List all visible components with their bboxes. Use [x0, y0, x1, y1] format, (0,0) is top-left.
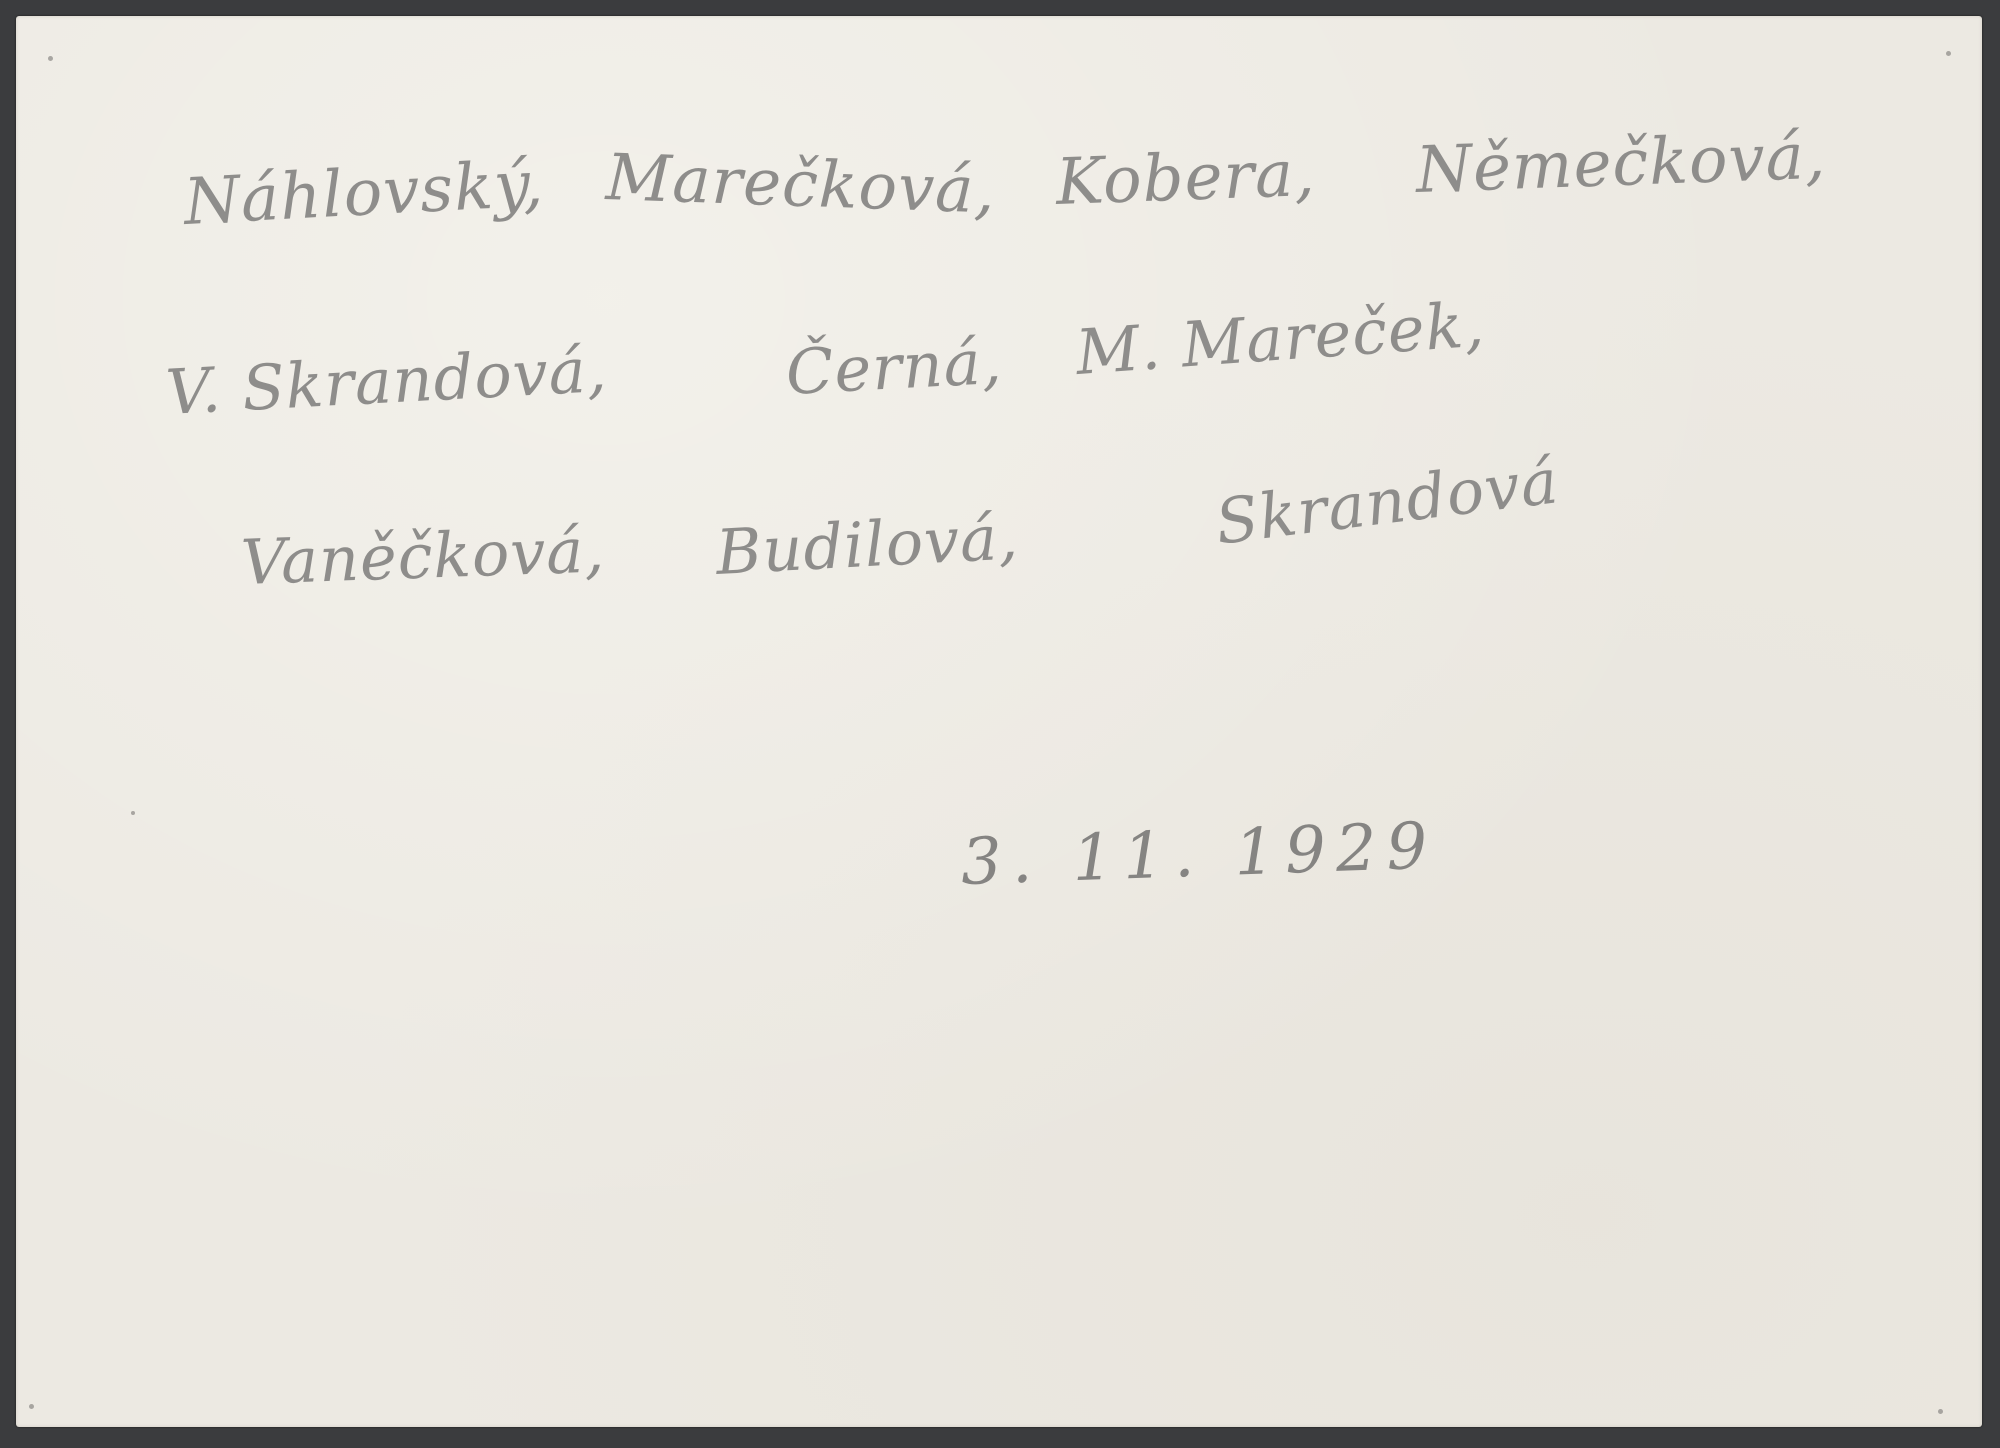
- handwritten-name: Marečková,: [605, 141, 997, 229]
- scan-background: Náhlovský, Marečková, Kobera, Němečková,…: [0, 0, 2000, 1448]
- handwritten-name: Budilová,: [714, 500, 1020, 589]
- corner-speck-top-right: [1946, 51, 1951, 56]
- corner-speck-bottom-right: [1938, 1409, 1943, 1414]
- handwritten-name: Vaněčková,: [240, 513, 606, 599]
- photo-card-back: Náhlovský, Marečková, Kobera, Němečková,…: [16, 16, 1982, 1427]
- corner-speck-top-left: [48, 56, 53, 61]
- handwritten-name: Skrandová: [1212, 444, 1563, 558]
- handwritten-name: M. Mareček,: [1073, 288, 1486, 389]
- corner-speck-bottom-left: [29, 1404, 34, 1409]
- left-edge-speck: [131, 811, 135, 815]
- handwritten-name: Náhlovský,: [182, 147, 546, 240]
- handwritten-name: Němečková,: [1415, 120, 1828, 208]
- handwritten-date: 3. 11. 1929: [960, 809, 1439, 900]
- handwritten-name: V. Skrandová,: [164, 333, 609, 429]
- handwritten-name: Černá,: [784, 325, 1004, 409]
- handwritten-name: Kobera,: [1055, 137, 1317, 220]
